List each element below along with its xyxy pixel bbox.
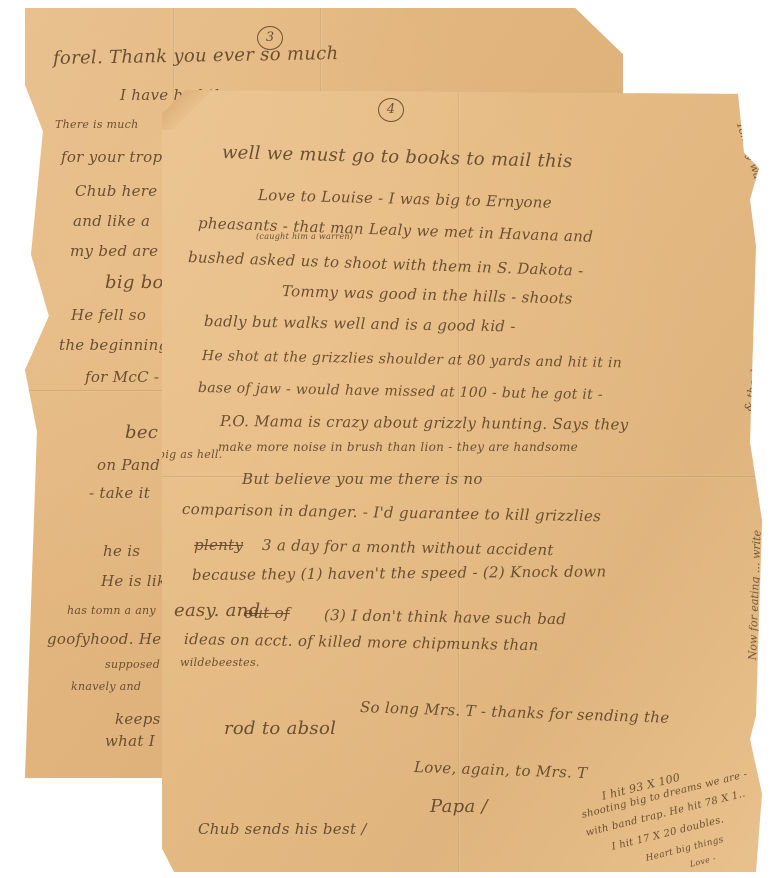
handwritten-line: what I	[105, 732, 155, 750]
handwritten-line: big bo	[105, 272, 164, 293]
handwritten-line: keeps	[115, 710, 161, 728]
handwritten-line: well we must go to books to mail this	[222, 142, 573, 172]
handwritten-line: rod to absol	[224, 718, 336, 739]
handwritten-line: pheasants - that man Lealy we met in Hav…	[198, 214, 594, 246]
signature: Papa /	[430, 796, 488, 817]
margin-note: Love -	[689, 854, 717, 869]
margin-note: Now for eating ... write	[746, 530, 764, 661]
handwritten-line: But believe you me there is no	[242, 470, 483, 488]
handwritten-line: comparison in danger. - I'd guarantee to…	[182, 500, 601, 525]
handwritten-line: because they (1) haven't the speed - (2)…	[192, 562, 607, 584]
handwritten-line: he is	[103, 542, 140, 560]
handwritten-line: There is much	[55, 118, 139, 131]
handwritten-line: big as hell.	[158, 448, 223, 461]
handwritten-line: Tommy was good in the hills - shoots	[282, 282, 573, 308]
margin-note: get / ... we were	[752, 182, 780, 273]
handwritten-line: 3 a day for a month without accident	[262, 536, 554, 559]
closing-line: Love, again, to Mrs. T	[414, 758, 588, 782]
handwritten-line: Love to Louise - I was big to Ernyone	[258, 186, 552, 212]
handwritten-line: and like a	[73, 212, 150, 230]
handwritten-line: base of jaw - would have missed at 100 -…	[198, 380, 603, 403]
handwritten-line: make more noise in brush than lion - the…	[218, 440, 578, 454]
handwritten-line: P.O. Mama is crazy about grizzly hunting…	[220, 412, 629, 434]
page-number-circle: 4	[378, 98, 404, 122]
handwritten-line: - take it	[89, 484, 150, 502]
struck-word: plenty	[194, 536, 243, 554]
handwritten-line: goofyhood. He	[47, 630, 161, 648]
handwritten-line: my bed are	[70, 242, 158, 260]
handwritten-line: forel. Thank you ever so much	[53, 43, 339, 69]
handwritten-line: (3) I don't think have such bad	[324, 606, 567, 628]
handwritten-line: badly but walks well and is a good kid -	[204, 312, 516, 335]
handwritten-line: Chub here	[75, 182, 157, 200]
handwritten-line: wildebeestes.	[180, 656, 260, 669]
handwritten-line: has tomn a any	[67, 604, 156, 617]
handwritten-line: for your trop	[61, 148, 162, 166]
handwritten-line: He fell so	[71, 306, 146, 324]
handwritten-line: supposed	[105, 658, 160, 671]
margin-note: the wonder how they	[748, 144, 782, 260]
handwritten-line: (caught him a warren)	[256, 232, 353, 241]
handwritten-line: So long Mrs. T - thanks for sending the	[360, 698, 670, 727]
handwritten-line: bec	[125, 422, 158, 443]
handwritten-line: He shot at the grizzlies shoulder at 80 …	[202, 348, 622, 371]
margin-note: & thanks - ... great	[742, 306, 773, 412]
struck-word: out of	[244, 604, 290, 622]
handwritten-line: knavely and	[71, 680, 141, 693]
postscript-line: Chub sends his best /	[198, 820, 367, 838]
margin-note: Tommy wants you to	[734, 120, 782, 233]
handwritten-line: the beginning	[59, 336, 169, 354]
front-letter-page: 4 well we must go to books to mail this …	[162, 90, 762, 872]
handwritten-line: for McC -	[85, 368, 159, 386]
handwritten-line: bushed asked us to shoot with them in S.…	[188, 248, 584, 280]
handwritten-line: ideas on acct. of killed more chipmunks …	[184, 630, 539, 654]
